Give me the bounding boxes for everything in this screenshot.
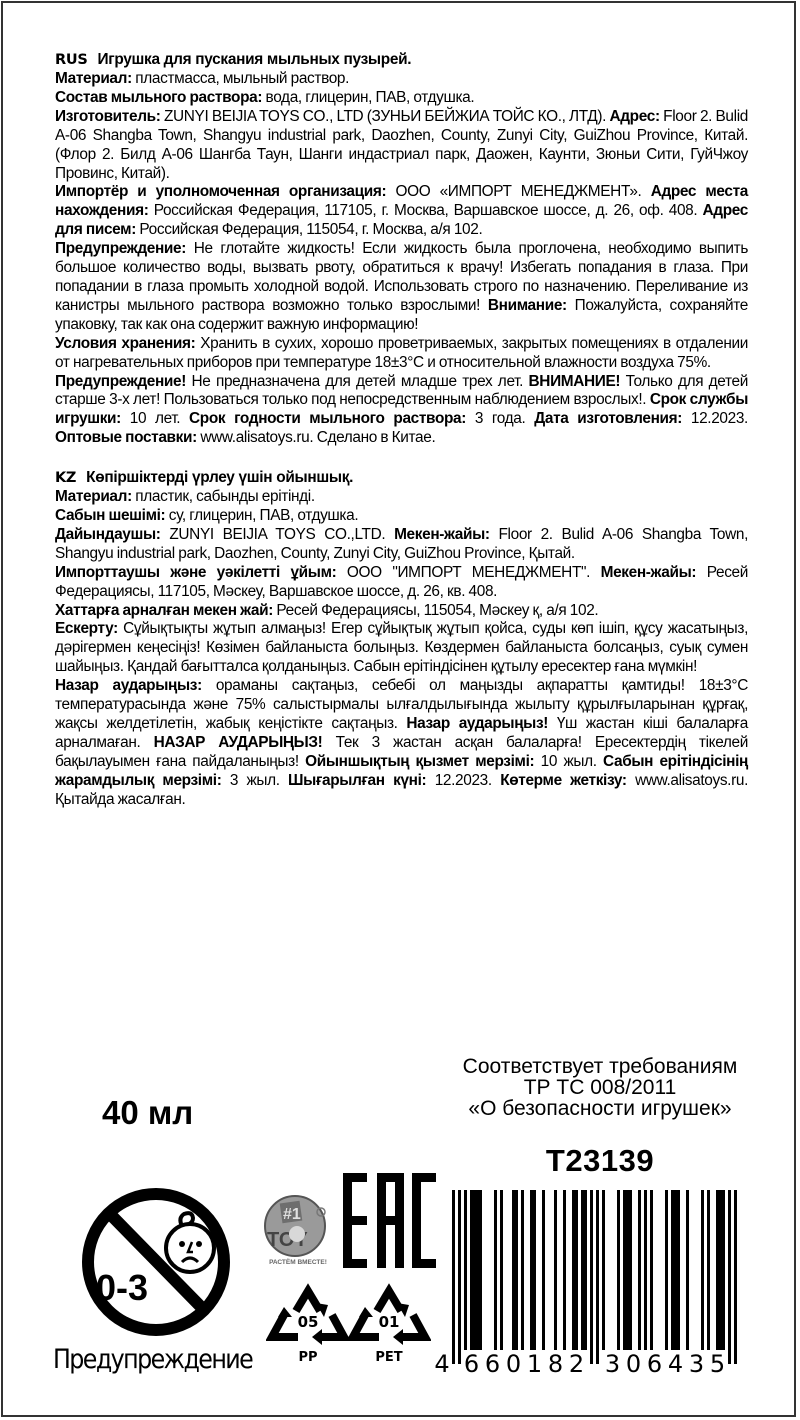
kz-section: Материал: пластик, сабынды ерітінді.Сабы… bbox=[55, 488, 748, 809]
barcode-digit: 2 bbox=[569, 1350, 584, 1378]
barcode-digit: 5 bbox=[710, 1350, 725, 1378]
ean13-barcode: 4660182306435 bbox=[430, 1188, 760, 1378]
field-label: Шығарылған күні: bbox=[288, 772, 426, 789]
conformity-statement: Соответствует требованиям ТР ТС 008/2011… bbox=[420, 1056, 780, 1119]
field-label: Дата изготовления: bbox=[534, 410, 682, 427]
field-label: Хаттарға арналған мекен жай: bbox=[55, 602, 273, 619]
recycle-code: 01 bbox=[379, 1313, 400, 1331]
rus-language-code: RUS bbox=[55, 52, 87, 68]
info-paragraph: Дайындаушы: ZUNYI BEIJIA TOYS CO.,LTD. М… bbox=[55, 526, 748, 564]
conformity-line: Соответствует требованиям bbox=[420, 1056, 780, 1077]
rus-header: RUSИгрушка для пускания мыльных пузырей. bbox=[55, 50, 748, 70]
info-paragraph: Изготовитель: ZUNYI BEIJIA TOYS CO., LTD… bbox=[55, 108, 748, 184]
field-label: Внимание: bbox=[488, 297, 567, 314]
field-label: Изготовитель: bbox=[55, 108, 161, 125]
field-label: Мекен-жайы: bbox=[394, 526, 490, 543]
field-label: Дайындаушы: bbox=[55, 526, 161, 543]
barcode-digit: 0 bbox=[506, 1350, 521, 1378]
barcode-digit: 4 bbox=[668, 1350, 683, 1378]
rus-title: Игрушка для пускания мыльных пузырей. bbox=[97, 51, 411, 68]
info-paragraph: Предупреждение: Не глотайте жидкость! Ес… bbox=[55, 240, 748, 335]
volume-label: 40 мл bbox=[102, 1094, 193, 1132]
field-label: Назар аударыңыз: bbox=[55, 677, 202, 694]
field-label: Адрес: bbox=[610, 108, 660, 125]
info-paragraph: Материал: пластмасса, мыльный раствор. bbox=[55, 70, 748, 89]
conformity-line: «О безопасности игрушек» bbox=[420, 1098, 780, 1119]
barcode-digit: 3 bbox=[605, 1350, 620, 1378]
field-label: Срок годности мыльного раствора: bbox=[189, 410, 466, 427]
toy-logo-slogan: РАСТЁМ ВМЕСТЕ! bbox=[269, 1258, 327, 1266]
rus-section: Материал: пластмасса, мыльный раствор.Со… bbox=[55, 70, 748, 448]
barcode-digit: 4 bbox=[434, 1350, 449, 1378]
info-paragraph: Хаттарға арналған мекен жай: Ресей Федер… bbox=[55, 602, 748, 621]
eac-mark-icon bbox=[343, 1173, 436, 1268]
recycle-pet-icon: 01 PET bbox=[347, 1277, 431, 1367]
recycle-material: PP bbox=[298, 1350, 317, 1365]
info-paragraph: Условия хранения: Хранить в сухих, хорош… bbox=[55, 335, 748, 373]
label-text: RUSИгрушка для пускания мыльных пузырей.… bbox=[55, 50, 748, 810]
toy-logo-number: #1 bbox=[283, 1206, 301, 1223]
field-label: Көтерме жеткізу: bbox=[500, 772, 627, 789]
barcode-digit: 0 bbox=[626, 1350, 641, 1378]
info-paragraph: Ескерту: Сұйықтықты жұтып алмаңыз! Егер … bbox=[55, 620, 748, 677]
not-for-under-3-icon: 0-3 bbox=[78, 1182, 238, 1342]
recycle-pp-icon: 05 PP bbox=[266, 1277, 350, 1367]
barcode-digit: 8 bbox=[548, 1350, 563, 1378]
warning-label: Предупреждение bbox=[53, 1344, 252, 1375]
info-paragraph: Сабын шешімі: су, глицерин, ПАВ, отдушка… bbox=[55, 507, 748, 526]
recycle-material: PET bbox=[375, 1350, 402, 1365]
info-paragraph: Импорттаушы және уәкілетті ұйым: ООО "ИМ… bbox=[55, 564, 748, 602]
kz-title: Көпіршіктерді үрлеу үшін ойыншық. bbox=[86, 469, 353, 486]
field-label: Импортёр и уполномоченная организация: bbox=[55, 183, 386, 200]
field-label: Сабын шешімі: bbox=[55, 507, 165, 524]
field-label: ВНИМАНИЕ! bbox=[529, 373, 621, 390]
field-label: Ескерту: bbox=[55, 620, 118, 637]
info-paragraph: Материал: пластик, сабынды ерітінді. bbox=[55, 488, 748, 507]
info-paragraph: Состав мыльного раствора: вода, глицерин… bbox=[55, 89, 748, 108]
field-label: НАЗАР АУДАРЫҢЫЗ! bbox=[154, 734, 323, 751]
kz-language-code: KZ bbox=[55, 470, 76, 486]
barcode-digit: 1 bbox=[527, 1350, 542, 1378]
field-label: Адрес для писем: bbox=[55, 202, 748, 238]
kz-header: KZКөпіршіктерді үрлеу үшін ойыншық. bbox=[55, 468, 748, 488]
article-number: T23139 bbox=[420, 1143, 780, 1179]
field-label: Назар аударыңыз! bbox=[406, 715, 548, 732]
field-label: Мекен-жайы: bbox=[601, 564, 697, 581]
field-label: Предупреждение: bbox=[55, 240, 186, 257]
field-label: Условия хранения: bbox=[55, 335, 195, 352]
field-label: Импорттаушы және уәкілетті ұйым: bbox=[55, 564, 336, 581]
field-label: Предупреждение! bbox=[55, 373, 186, 390]
info-paragraph: Импортёр и уполномоченная организация: О… bbox=[55, 183, 748, 240]
info-paragraph: Назар аударыңыз: ораманы сақтаңыз, себеб… bbox=[55, 677, 748, 809]
barcode-digit: 6 bbox=[464, 1350, 479, 1378]
field-label: Материал: bbox=[55, 488, 132, 505]
info-paragraph: Предупреждение! Не предназначена для дет… bbox=[55, 373, 748, 449]
age-range-label: 0-3 bbox=[96, 1267, 148, 1308]
field-label: Оптовые поставки: bbox=[55, 429, 197, 446]
barcode-digit: 6 bbox=[647, 1350, 662, 1378]
field-label: Состав мыльного раствора: bbox=[55, 89, 262, 106]
barcode-digit: 3 bbox=[689, 1350, 704, 1378]
field-label: Ойыншықтың қызмет мерзімі: bbox=[305, 753, 534, 770]
barcode-digit: 6 bbox=[485, 1350, 500, 1378]
recycle-code: 05 bbox=[298, 1313, 319, 1331]
toy-of-year-logo-icon: #1 TOY РАСТЁМ ВМЕСТЕ! bbox=[259, 1188, 337, 1266]
conformity-line: ТР ТС 008/2011 bbox=[420, 1077, 780, 1098]
field-label: Материал: bbox=[55, 70, 132, 87]
